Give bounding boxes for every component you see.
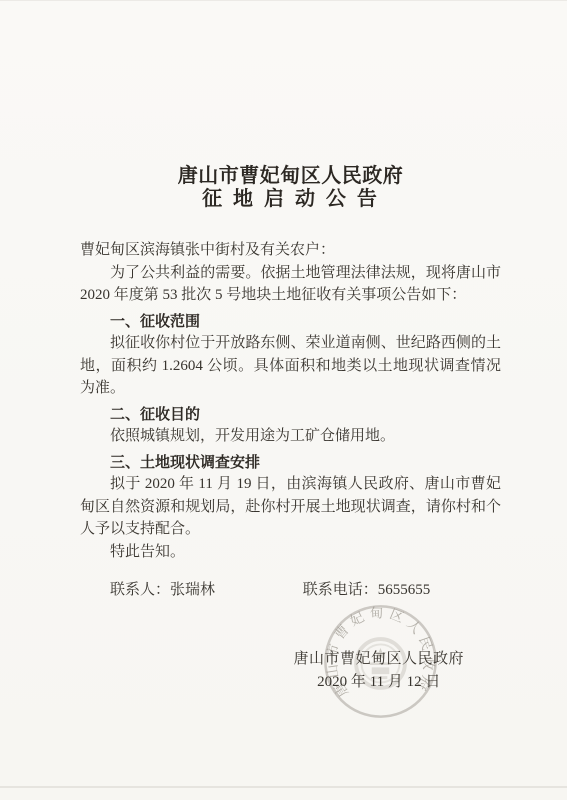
section-2-body: 依照城镇规划，开发用途为工矿仓储用地。 (80, 425, 501, 448)
salutation-line: 曹妃甸区滨海镇张中街村及有关农户： (80, 239, 501, 262)
contact-person: 联系人：张瑞林 (110, 579, 215, 602)
closing-line: 特此告知。 (80, 541, 501, 564)
section-3-body: 拟于 2020 年 11 月 19 日，由滨海镇人民政府、唐山市曹妃甸区自然资源… (80, 473, 501, 541)
section-2-heading: 二、征收目的 (80, 403, 501, 426)
section-3-heading: 三、土地现状调查安排 (80, 451, 501, 474)
scanned-document-page: 唐山市曹妃甸区人民政府 征 地 启 动 公 告 曹妃甸区滨海镇张中街村及有关农户… (0, 0, 567, 800)
document-content: 唐山市曹妃甸区人民政府 征 地 启 动 公 告 曹妃甸区滨海镇张中街村及有关农户… (80, 0, 501, 602)
issuer-name: 唐山市曹妃甸区人民政府 (293, 648, 464, 671)
document-subtitle: 征 地 启 动 公 告 (80, 187, 501, 210)
document-title: 唐山市曹妃甸区人民政府 (80, 164, 501, 187)
contact-row: 联系人：张瑞林 联系电话：5655655 (80, 579, 501, 602)
scan-edge-bottom (0, 786, 567, 788)
section-1-body: 拟征收你村位于开放路东侧、荣业道南侧、世纪路西侧的土地，面积约 1.2604 公… (80, 332, 501, 400)
issue-date: 2020 年 11 月 12 日 (293, 671, 464, 694)
contact-phone: 联系电话：5655655 (303, 579, 431, 602)
section-1-heading: 一、征收范围 (80, 310, 501, 333)
intro-paragraph: 为了公共利益的需要。依据土地管理法律法规，现将唐山市 2020 年度第 53 批… (80, 262, 501, 307)
signature-block: 唐山市曹妃甸区人民政府 2020 年 11 月 12 日 (293, 648, 464, 694)
